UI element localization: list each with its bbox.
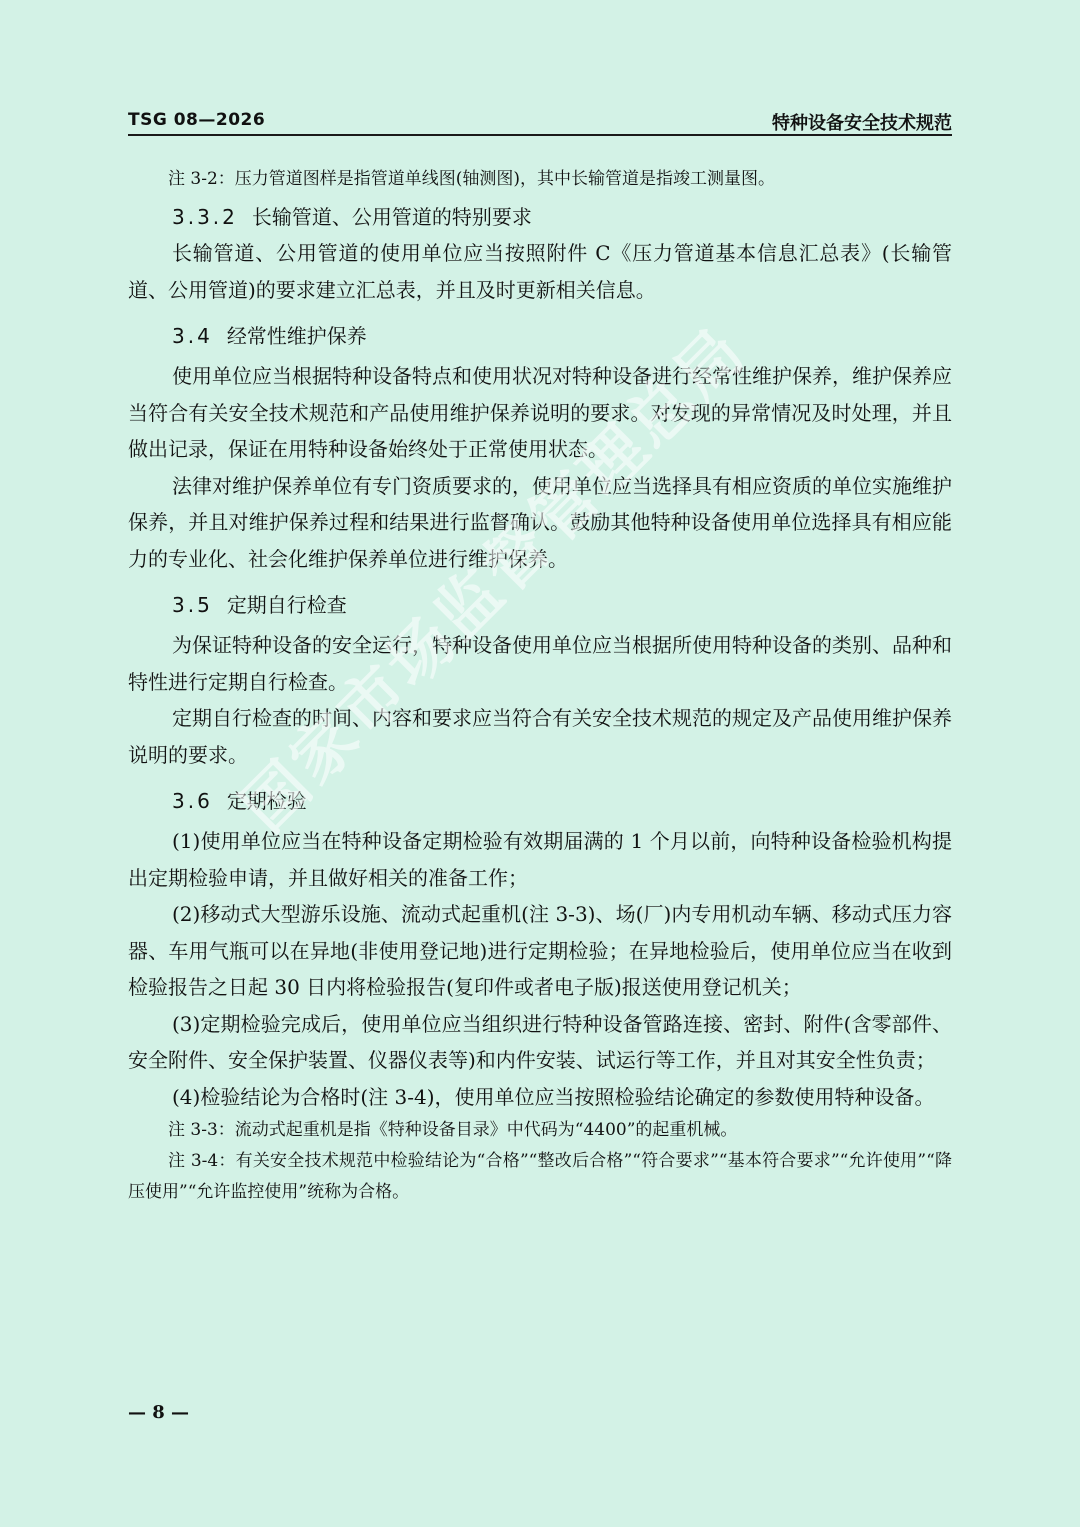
- section-3-4-heading: 3.4经常性维护保养: [128, 318, 952, 354]
- paragraph: 长输管道、公用管道的使用单位应当按照附件 C《压力管道基本信息汇总表》(长输管道…: [128, 235, 952, 308]
- paragraph: 定期自行检查的时间、内容和要求应当符合有关安全技术规范的规定及产品使用维护保养说…: [128, 700, 952, 773]
- list-item: (1)使用单位应当在特种设备定期检验有效期届满的 1 个月以前，向特种设备检验机…: [128, 823, 952, 896]
- note-3-4: 注 3-4：有关安全技术规范中检验结论为“合格”“整改后合格”“符合要求”“基本…: [128, 1146, 952, 1208]
- page-content: 注 3-2：压力管道图样是指管道单线图(轴测图)，其中长输管道是指竣工测量图。 …: [128, 164, 952, 1208]
- paragraph: 使用单位应当根据特种设备特点和使用状况对特种设备进行经常性维护保养，维护保养应当…: [128, 358, 952, 468]
- section-title: 经常性维护保养: [227, 324, 367, 348]
- section-title: 定期自行检查: [227, 593, 347, 617]
- paragraph: 为保证特种设备的安全运行，特种设备使用单位应当根据所使用特种设备的类别、品种和特…: [128, 627, 952, 700]
- section-3-3-2-heading: 3.3.2长输管道、公用管道的特别要求: [128, 199, 952, 235]
- section-number: 3.4: [172, 318, 213, 354]
- list-item: (3)定期检验完成后，使用单位应当组织进行特种设备管路连接、密封、附件(含零部件…: [128, 1006, 952, 1079]
- page-number: — 8 —: [128, 1402, 189, 1423]
- section-number: 3.6: [172, 783, 213, 819]
- section-3-5-heading: 3.5定期自行检查: [128, 587, 952, 623]
- document-category: 特种设备安全技术规范: [772, 109, 952, 135]
- section-title: 长输管道、公用管道的特别要求: [252, 205, 532, 229]
- section-title: 定期检验: [227, 789, 307, 813]
- section-number: 3.3.2: [172, 199, 238, 235]
- document-page: TSG 08—2026 特种设备安全技术规范 注 3-2：压力管道图样是指管道单…: [128, 0, 952, 1527]
- note-3-3: 注 3-3：流动式起重机是指《特种设备目录》中代码为“4400”的起重机械。: [128, 1115, 952, 1146]
- section-3-6-heading: 3.6定期检验: [128, 783, 952, 819]
- page-header: TSG 08—2026 特种设备安全技术规范: [128, 108, 952, 136]
- section-number: 3.5: [172, 587, 213, 623]
- standard-code: TSG 08—2026: [128, 110, 265, 130]
- list-item: (2)移动式大型游乐设施、流动式起重机(注 3-3)、场(厂)内专用机动车辆、移…: [128, 896, 952, 1006]
- list-item: (4)检验结论为合格时(注 3-4)，使用单位应当按照检验结论确定的参数使用特种…: [128, 1079, 952, 1116]
- paragraph: 法律对维护保养单位有专门资质要求的，使用单位应当选择具有相应资质的单位实施维护保…: [128, 468, 952, 578]
- note-3-2: 注 3-2：压力管道图样是指管道单线图(轴测图)，其中长输管道是指竣工测量图。: [128, 164, 952, 195]
